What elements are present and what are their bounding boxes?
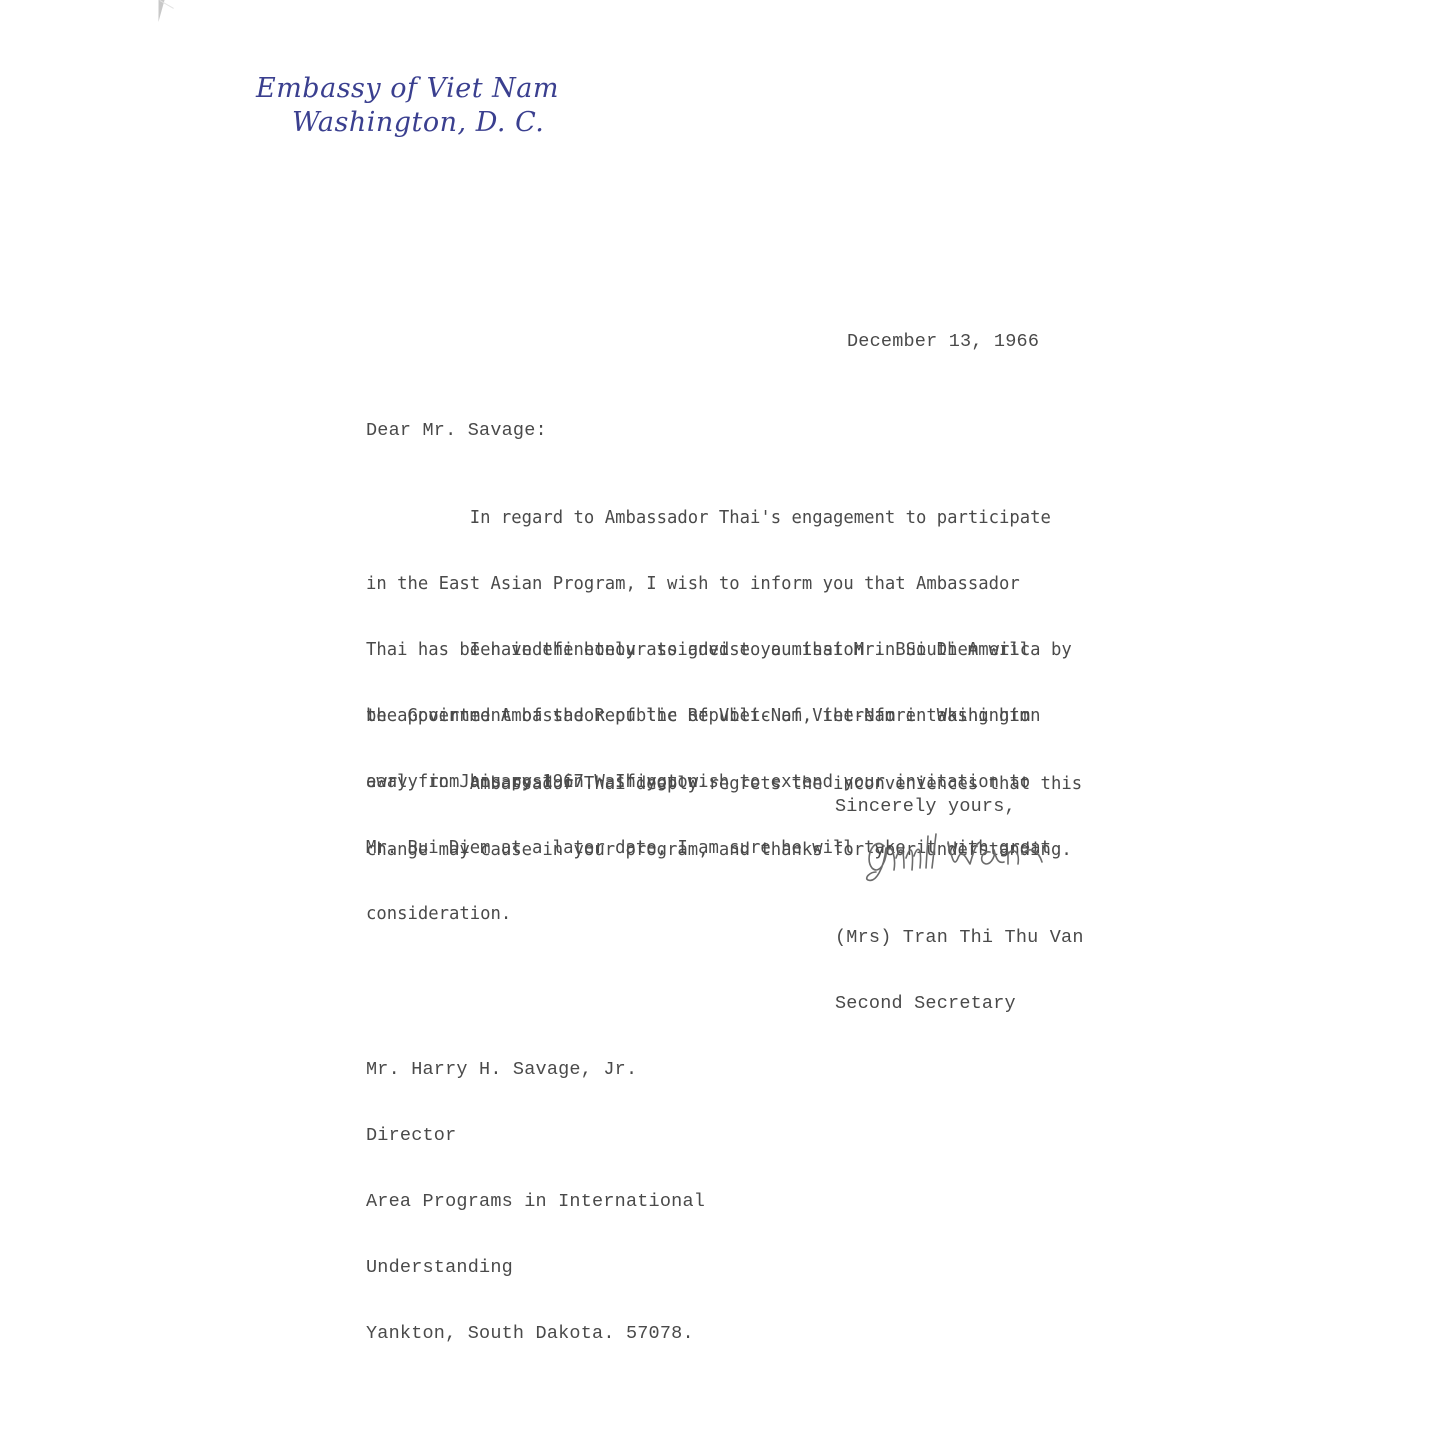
paragraph-line: be appointed Ambassador of the Republic … — [366, 705, 1051, 727]
recipient-address: Mr. Harry H. Savage, Jr. Director Area P… — [366, 1015, 705, 1389]
signer-block: (Mrs) Tran Thi Thu Van Second Secretary — [835, 883, 1084, 1059]
paragraph-line: Ambassador Thai deeply regrets the incon… — [366, 773, 1082, 795]
recipient-name: Mr. Harry H. Savage, Jr. — [366, 1059, 705, 1081]
signer-name: (Mrs) Tran Thi Thu Van — [835, 927, 1084, 949]
salutation: Dear Mr. Savage: — [366, 420, 547, 441]
handwritten-signature — [862, 828, 1072, 888]
letter-date: December 13, 1966 — [847, 331, 1039, 352]
paragraph-line: in the East Asian Program, I wish to inf… — [366, 573, 1072, 595]
paragraph-line: In regard to Ambassador Thai's engagemen… — [366, 507, 1072, 529]
letterhead: Embassy of Viet Nam Washington, D. C. — [256, 72, 559, 140]
recipient-city: Yankton, South Dakota. 57078. — [366, 1323, 705, 1345]
recipient-title: Director — [366, 1125, 705, 1147]
closing: Sincerely yours, — [835, 796, 1016, 817]
recipient-org-line-2: Understanding — [366, 1257, 705, 1279]
paragraph-line: I have the honour to advise you that Mr.… — [366, 639, 1051, 661]
letterhead-city: Washington, D. C. — [292, 106, 559, 140]
letter-page: Embassy of Viet Nam Washington, D. C. De… — [0, 0, 1445, 1445]
recipient-org-line-1: Area Programs in International — [366, 1191, 705, 1213]
signer-title: Second Secretary — [835, 993, 1084, 1015]
letterhead-embassy-name: Embassy of Viet Nam — [256, 72, 559, 106]
